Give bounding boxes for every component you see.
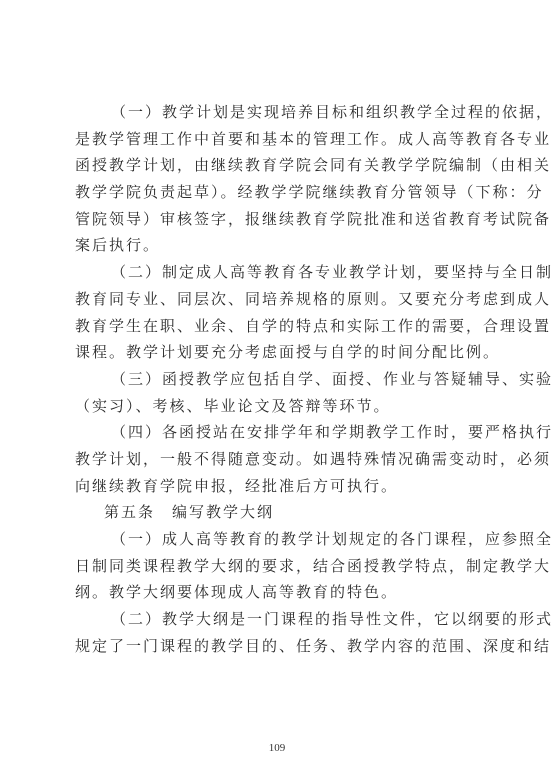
text-line: 是教学管理工作中首要和基本的管理工作。成人高等教育各专业 [75, 126, 487, 153]
text-line: （四）各函授站在安排学年和学期教学工作时，要严格执行 [75, 419, 487, 446]
text-line: 函授教学计划，由继续教育学院会同有关教学学院编制（由相关 [75, 152, 487, 179]
text-line: （二）制定成人高等教育各专业教学计划，要坚持与全日制 [75, 259, 487, 286]
text-line: 纲。教学大纲要体现成人高等教育的特色。 [75, 579, 487, 606]
text-line: 日制同类课程教学大纲的要求，结合函授教学特点，制定教学大 [75, 553, 487, 580]
text-line: 教育同专业、同层次、同培养规格的原则。又要充分考虑到成人 [75, 286, 487, 313]
text-line: 规定了一门课程的教学目的、任务、教学内容的范围、深度和结 [75, 633, 487, 660]
text-line: （二）教学大纲是一门课程的指导性文件，它以纲要的形式 [75, 606, 487, 633]
text-line: 教学计划，一般不得随意变动。如遇特殊情况确需变动时，必须 [75, 446, 487, 473]
text-line: 课程。教学计划要充分考虑面授与自学的时间分配比例。 [75, 339, 487, 366]
text-line: （实习）、考核、毕业论文及答辩等环节。 [75, 393, 487, 420]
text-line: 案后执行。 [75, 232, 487, 259]
text-line: （一）成人高等教育的教学计划规定的各门课程，应参照全 [75, 526, 487, 553]
text-line: 教育学生在职、业余、自学的特点和实际工作的需要，合理设置 [75, 313, 487, 340]
section-heading: 第五条 编写教学大纲 [75, 499, 487, 526]
text-line: 教学学院负责起草）。经教学学院继续教育分管领导（下称：分 [75, 179, 487, 206]
text-line: （三）函授教学应包括自学、面授、作业与答疑辅导、实验 [75, 366, 487, 393]
text-line: 管院领导）审核签字，报继续教育学院批准和送省教育考试院备 [75, 206, 487, 233]
text-line: （一）教学计划是实现培养目标和组织教学全过程的依据， [75, 99, 487, 126]
body-text: （一）教学计划是实现培养目标和组织教学全过程的依据， 是教学管理工作中首要和基本… [75, 99, 487, 659]
document-page: （一）教学计划是实现培养目标和组织教学全过程的依据， 是教学管理工作中首要和基本… [0, 0, 554, 783]
page-number: 109 [0, 742, 554, 754]
text-line: 向继续教育学院申报，经批准后方可执行。 [75, 473, 487, 500]
